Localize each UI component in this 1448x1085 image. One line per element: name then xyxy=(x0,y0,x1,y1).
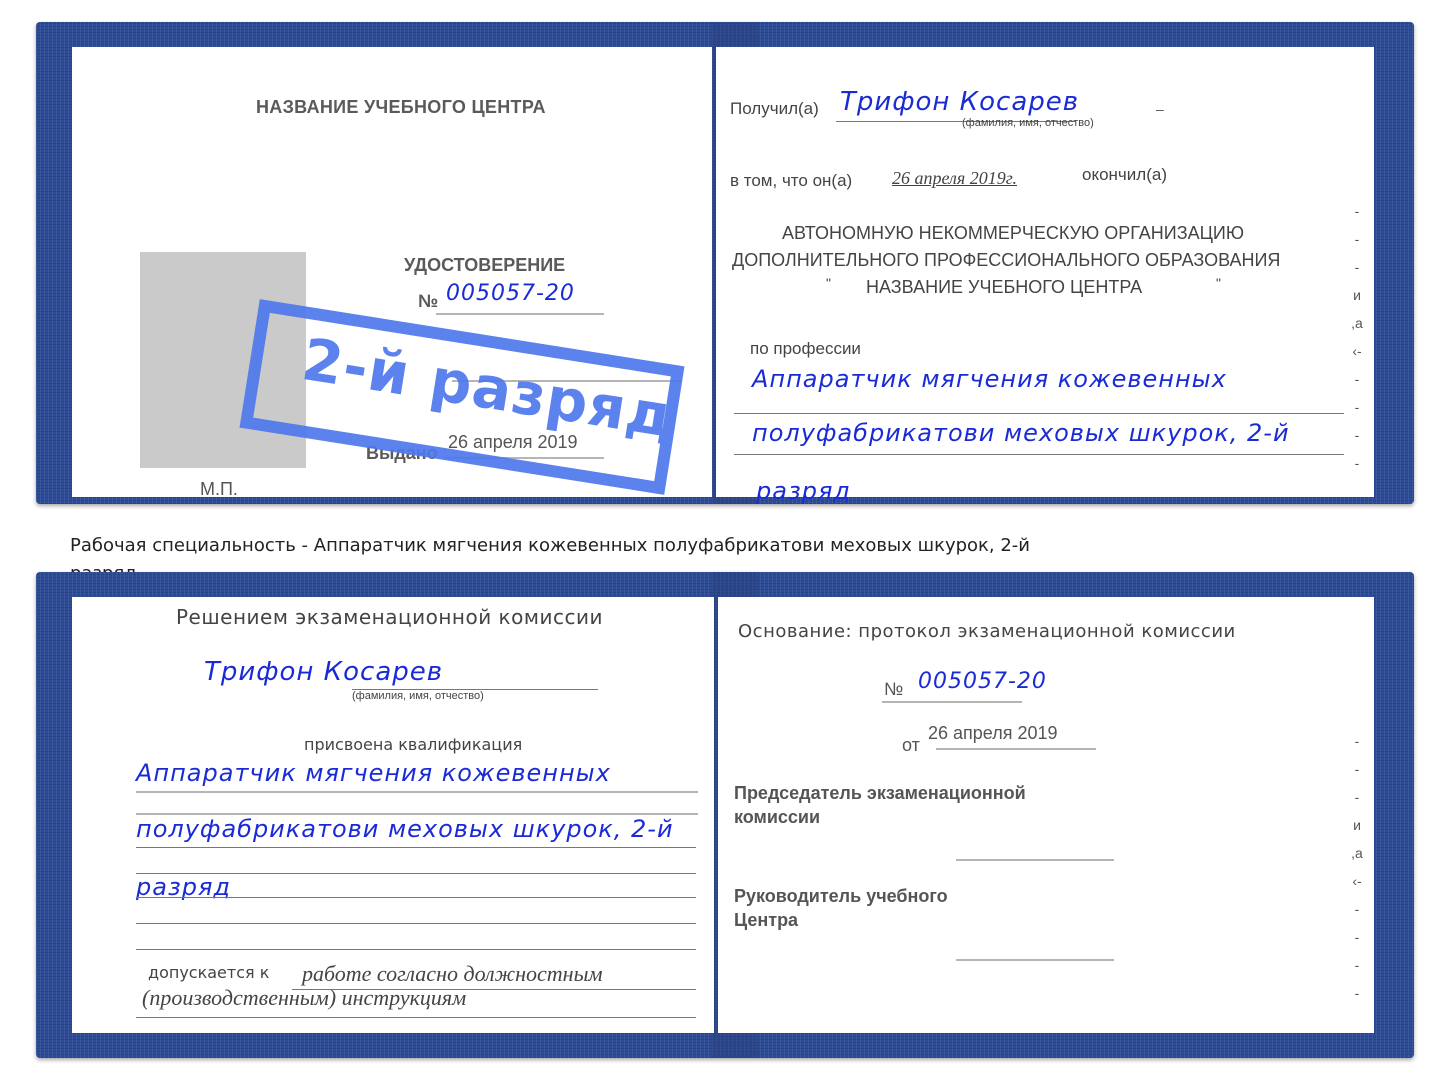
edge-mark: - xyxy=(1350,421,1364,449)
profession-underline-1 xyxy=(734,413,1344,414)
certificate-inner-page: Получил(а) Трифон Косарев – (фамилия, им… xyxy=(716,47,1374,497)
basis-title: Основание: протокол экзаменационной коми… xyxy=(738,621,1236,642)
head-label-line-2: Центра xyxy=(734,910,798,931)
completed-date: 26 апреля 2019г. xyxy=(892,168,1017,189)
protocol-number: 005057-20 xyxy=(918,669,1047,694)
edge-mark: - xyxy=(1350,755,1364,783)
edge-mark: - xyxy=(1350,393,1364,421)
edge-mark: ,а xyxy=(1350,309,1364,337)
qualification-underline-1 xyxy=(136,791,698,793)
name-caption: (фамилия, имя, отчество) xyxy=(352,690,484,702)
edge-mark: и xyxy=(1350,811,1364,839)
edge-mark: - xyxy=(1350,923,1364,951)
chairman-signature-line xyxy=(956,859,1114,861)
admitted-line-1: работе согласно должностным xyxy=(302,961,603,987)
edge-mark: и xyxy=(1350,281,1364,309)
document-title: УДОСТОВЕРЕНИЕ xyxy=(404,255,565,276)
protocol-number-underline xyxy=(882,701,1022,703)
edge-mark: - xyxy=(1350,449,1364,477)
head-signature-line xyxy=(956,959,1114,961)
grade-stamp: 2-й разряд xyxy=(239,299,684,495)
number-label: № xyxy=(418,291,438,312)
organization-quote-open: " xyxy=(826,275,831,291)
profession-line-2: полуфабрикатови меховых шкурок, 2-й xyxy=(752,419,1290,447)
training-center-name: НАЗВАНИЕ УЧЕБНОГО ЦЕНТРА xyxy=(256,97,546,118)
profession-label: по профессии xyxy=(750,339,861,359)
grade-stamp-text: 2-й разряд xyxy=(298,325,679,451)
decision-title: Решением экзаменационной комиссии xyxy=(176,605,603,629)
certificate-number: 005057-20 xyxy=(446,281,575,306)
certificate-front-page: НАЗВАНИЕ УЧЕБНОГО ЦЕНТРА УДОСТОВЕРЕНИЕ №… xyxy=(72,47,712,497)
protocol-date-underline xyxy=(936,748,1096,750)
edge-mark: - xyxy=(1350,365,1364,393)
edge-mark: ,а xyxy=(1350,839,1364,867)
profession-line-3: разряд xyxy=(756,477,851,505)
edge-mark: - xyxy=(1350,783,1364,811)
organization-line-3: НАЗВАНИЕ УЧЕБНОГО ЦЕНТРА xyxy=(866,277,1142,298)
edge-mark: - xyxy=(1350,225,1364,253)
edge-mark: - xyxy=(1350,895,1364,923)
edge-mark: - xyxy=(1350,979,1364,1007)
edge-mark: - xyxy=(1350,951,1364,979)
qualification-label: присвоена квалификация xyxy=(304,735,522,754)
certificate-cover-bottom: Решением экзаменационной комиссии Трифон… xyxy=(36,572,1414,1058)
commission-basis-page: Основание: протокол экзаменационной коми… xyxy=(718,597,1374,1033)
page-edge-marks: - - - и ,а ‹- - - - - xyxy=(1350,197,1364,477)
protocol-date: 26 апреля 2019 xyxy=(928,723,1058,744)
recipient-name: Трифон Косарев xyxy=(840,87,1079,117)
dash-mark: – xyxy=(1156,101,1164,117)
qualification-underline-6 xyxy=(136,923,696,924)
page-edge-marks: - - - и ,а ‹- - - - - xyxy=(1350,727,1364,1007)
edge-mark: - xyxy=(1350,253,1364,281)
protocol-number-label: № xyxy=(884,679,903,700)
organization-line-1: АВТОНОМНУЮ НЕКОММЕРЧЕСКУЮ ОРГАНИЗАЦИЮ xyxy=(782,223,1244,244)
completed-suffix: окончил(а) xyxy=(1082,165,1167,185)
admitted-underline-2 xyxy=(136,1017,696,1018)
admitted-label: допускается к xyxy=(148,963,269,982)
organization-line-2: ДОПОЛНИТЕЛЬНОГО ПРОФЕССИОНАЛЬНОГО ОБРАЗО… xyxy=(732,250,1280,271)
edge-mark: ‹- xyxy=(1350,867,1364,895)
seal-label: М.П. xyxy=(200,479,238,500)
received-label: Получил(а) xyxy=(730,99,819,119)
commission-decision-page: Решением экзаменационной комиссии Трифон… xyxy=(72,597,714,1033)
qualification-underline-7 xyxy=(136,949,696,950)
admitted-line-2: (производственным) инструкциям xyxy=(142,985,466,1011)
person-name: Трифон Косарев xyxy=(204,657,443,687)
organization-quote-close: " xyxy=(1216,275,1221,291)
profession-underline-2 xyxy=(734,454,1344,455)
qualification-underline-3 xyxy=(136,847,696,848)
completed-prefix: в том, что он(а) xyxy=(730,171,852,191)
profession-line-1: Аппаратчик мягчения кожевенных xyxy=(752,365,1227,393)
head-label-line-1: Руководитель учебного xyxy=(734,886,948,907)
qualification-line-1: Аппаратчик мягчения кожевенных xyxy=(136,759,611,787)
name-caption: (фамилия, имя, отчество) xyxy=(962,117,1094,129)
certificate-cover-top: НАЗВАНИЕ УЧЕБНОГО ЦЕНТРА УДОСТОВЕРЕНИЕ №… xyxy=(36,22,1414,504)
chairman-label-line-1: Председатель экзаменационной xyxy=(734,783,1026,804)
number-underline xyxy=(436,313,604,315)
edge-mark: ‹- xyxy=(1350,337,1364,365)
qualification-line-2: полуфабрикатови меховых шкурок, 2-й xyxy=(136,815,674,843)
chairman-label-line-2: комиссии xyxy=(734,807,820,828)
qualification-underline-5 xyxy=(136,897,696,898)
edge-mark: - xyxy=(1350,727,1364,755)
protocol-date-label: от xyxy=(902,735,920,756)
edge-mark: - xyxy=(1350,197,1364,225)
